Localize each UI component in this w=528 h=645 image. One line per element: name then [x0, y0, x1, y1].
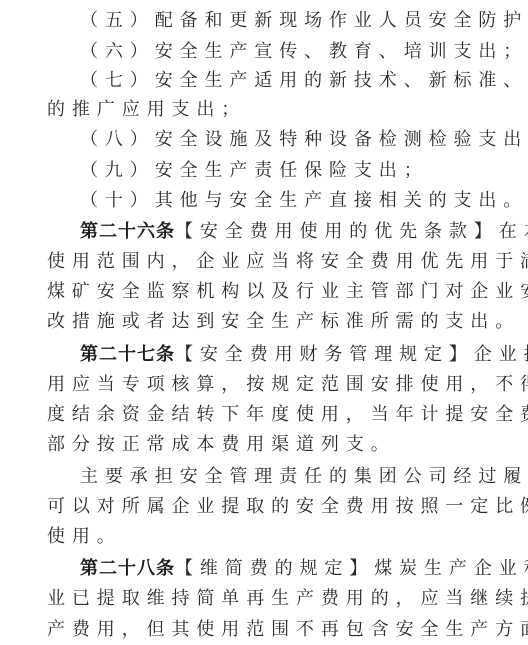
article-28-line-1: 第二十八条【维简费的规定】煤炭生产企业和非煤矿山企 [80, 554, 528, 584]
item-text: 配备和更新现场作业人员安全防护用品支出； [155, 10, 528, 31]
list-item-7-continued: 的推广应用支出； [47, 95, 246, 125]
list-item-8: （八）安全设施及特种设备检测检验支出； [80, 125, 528, 155]
article-28-line-3: 产费用，但其使用范围不再包含安全生产方面的用途。 [47, 615, 528, 645]
article-27-line-3: 度结余资金结转下年度使用，当年计提安全费用不足的，超出 [47, 400, 528, 430]
item-label: （五） [80, 10, 155, 31]
item-text: 安全生产宣传、教育、培训支出； [155, 41, 528, 62]
article-text: 【安全费用财务管理规定】企业提取的安全费 [175, 344, 528, 365]
article-text: 【维简费的规定】煤炭生产企业和非煤矿山企 [175, 558, 528, 579]
article-27-heading: 第二十七条 [80, 344, 175, 365]
article-26-heading: 第二十六条 [80, 221, 175, 242]
item-label: （七） [80, 70, 155, 91]
article-27-line-1: 第二十七条【安全费用财务管理规定】企业提取的安全费 [80, 340, 528, 370]
list-item-6: （六）安全生产宣传、教育、培训支出； [80, 37, 528, 67]
item-label: （八） [80, 129, 155, 150]
article-26-line-1: 第二十六条【安全费用使用的优先条款】在本办法规定的 [80, 217, 528, 247]
article-28-heading: 第二十八条 [80, 558, 175, 579]
list-item-9: （九）安全生产责任保险支出； [80, 156, 429, 186]
item-label: （九） [80, 160, 155, 181]
article-27-line-2: 用应当专项核算，按规定范围安排使用，不得挤占、挪用。年 [47, 370, 528, 400]
article-text: 【安全费用使用的优先条款】在本办法规定的 [175, 221, 528, 242]
article-26-line-2: 使用范围内，企业应当将安全费用优先用于满足应急管理部门、 [47, 247, 528, 277]
item-label: （十） [80, 190, 155, 211]
list-item-5: （五）配备和更新现场作业人员安全防护用品支出； [80, 6, 528, 36]
article-26-line-3: 煤矿安全监察机构以及行业主管部门对企业安全生产提出的整 [47, 277, 528, 307]
item-text: 安全生产责任保险支出； [155, 160, 429, 181]
article-27-para2-line-2: 可以对所属企业提取的安全费用按照一定比例集中管理，统筹 [47, 492, 528, 522]
item-text: 其他与安全生产直接相关的支出。 [155, 190, 528, 211]
item-label: （六） [80, 41, 155, 62]
article-26-line-4: 改措施或者达到安全生产标准所需的支出。 [47, 307, 520, 337]
list-item-10: （十）其他与安全生产直接相关的支出。 [80, 186, 528, 216]
article-28-line-2: 业已提取维持简单再生产费用的，应当继续提取维持简单再生 [47, 584, 528, 614]
article-27-para2-line-3: 使用。 [47, 522, 122, 552]
list-item-7: （七）安全生产适用的新技术、新标准、新工艺、新装备 [80, 66, 528, 96]
article-27-para2-line-1: 主要承担安全管理责任的集团公司经过履行内部决策程序， [80, 462, 528, 492]
item-text: 安全设施及特种设备检测检验支出； [155, 129, 528, 150]
item-text: 安全生产适用的新技术、新标准、新工艺、新装备 [155, 70, 528, 91]
article-27-line-4: 部分按正常成本费用渠道列支。 [47, 430, 396, 460]
